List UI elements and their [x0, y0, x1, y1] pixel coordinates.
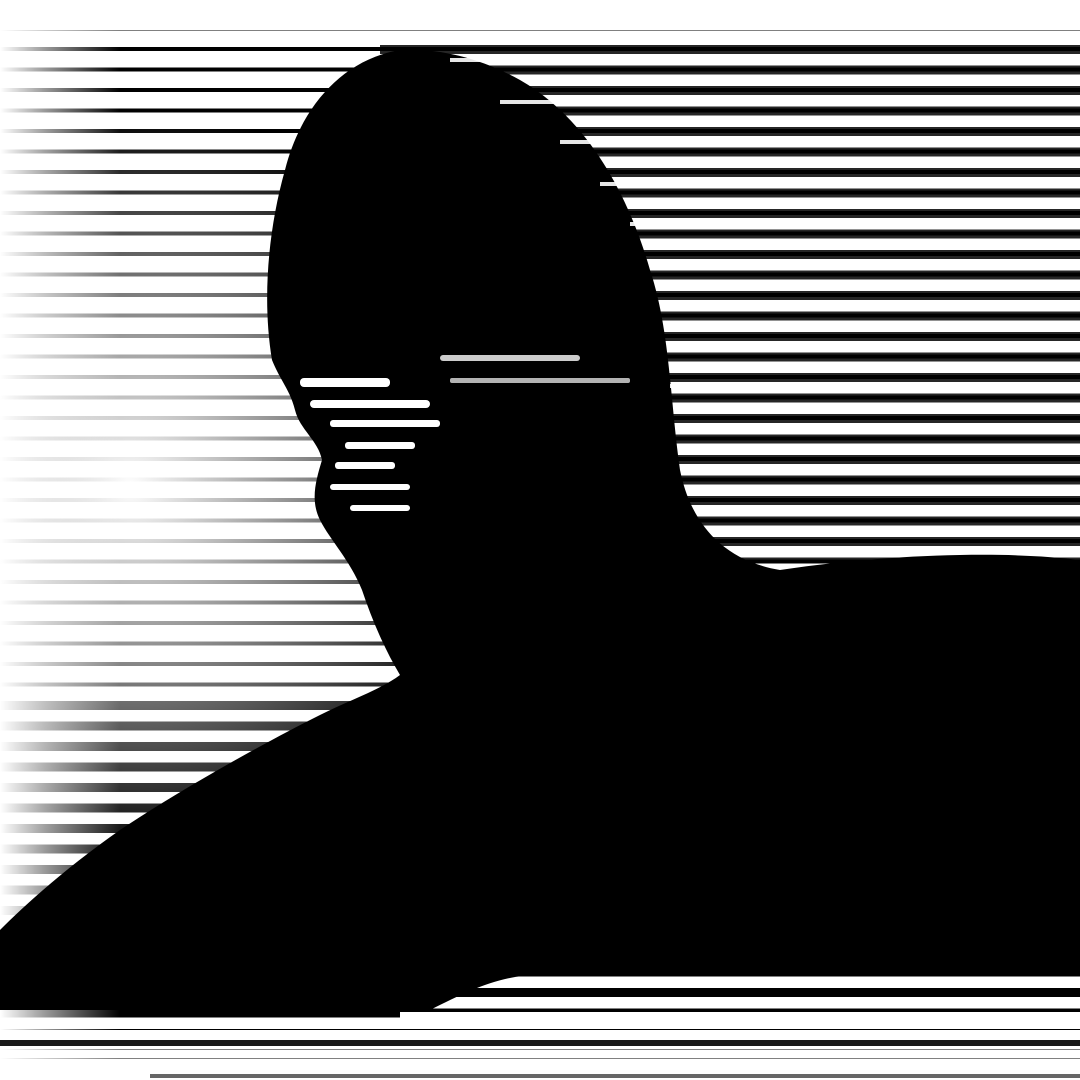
- halftone-portrait: [0, 0, 1080, 1080]
